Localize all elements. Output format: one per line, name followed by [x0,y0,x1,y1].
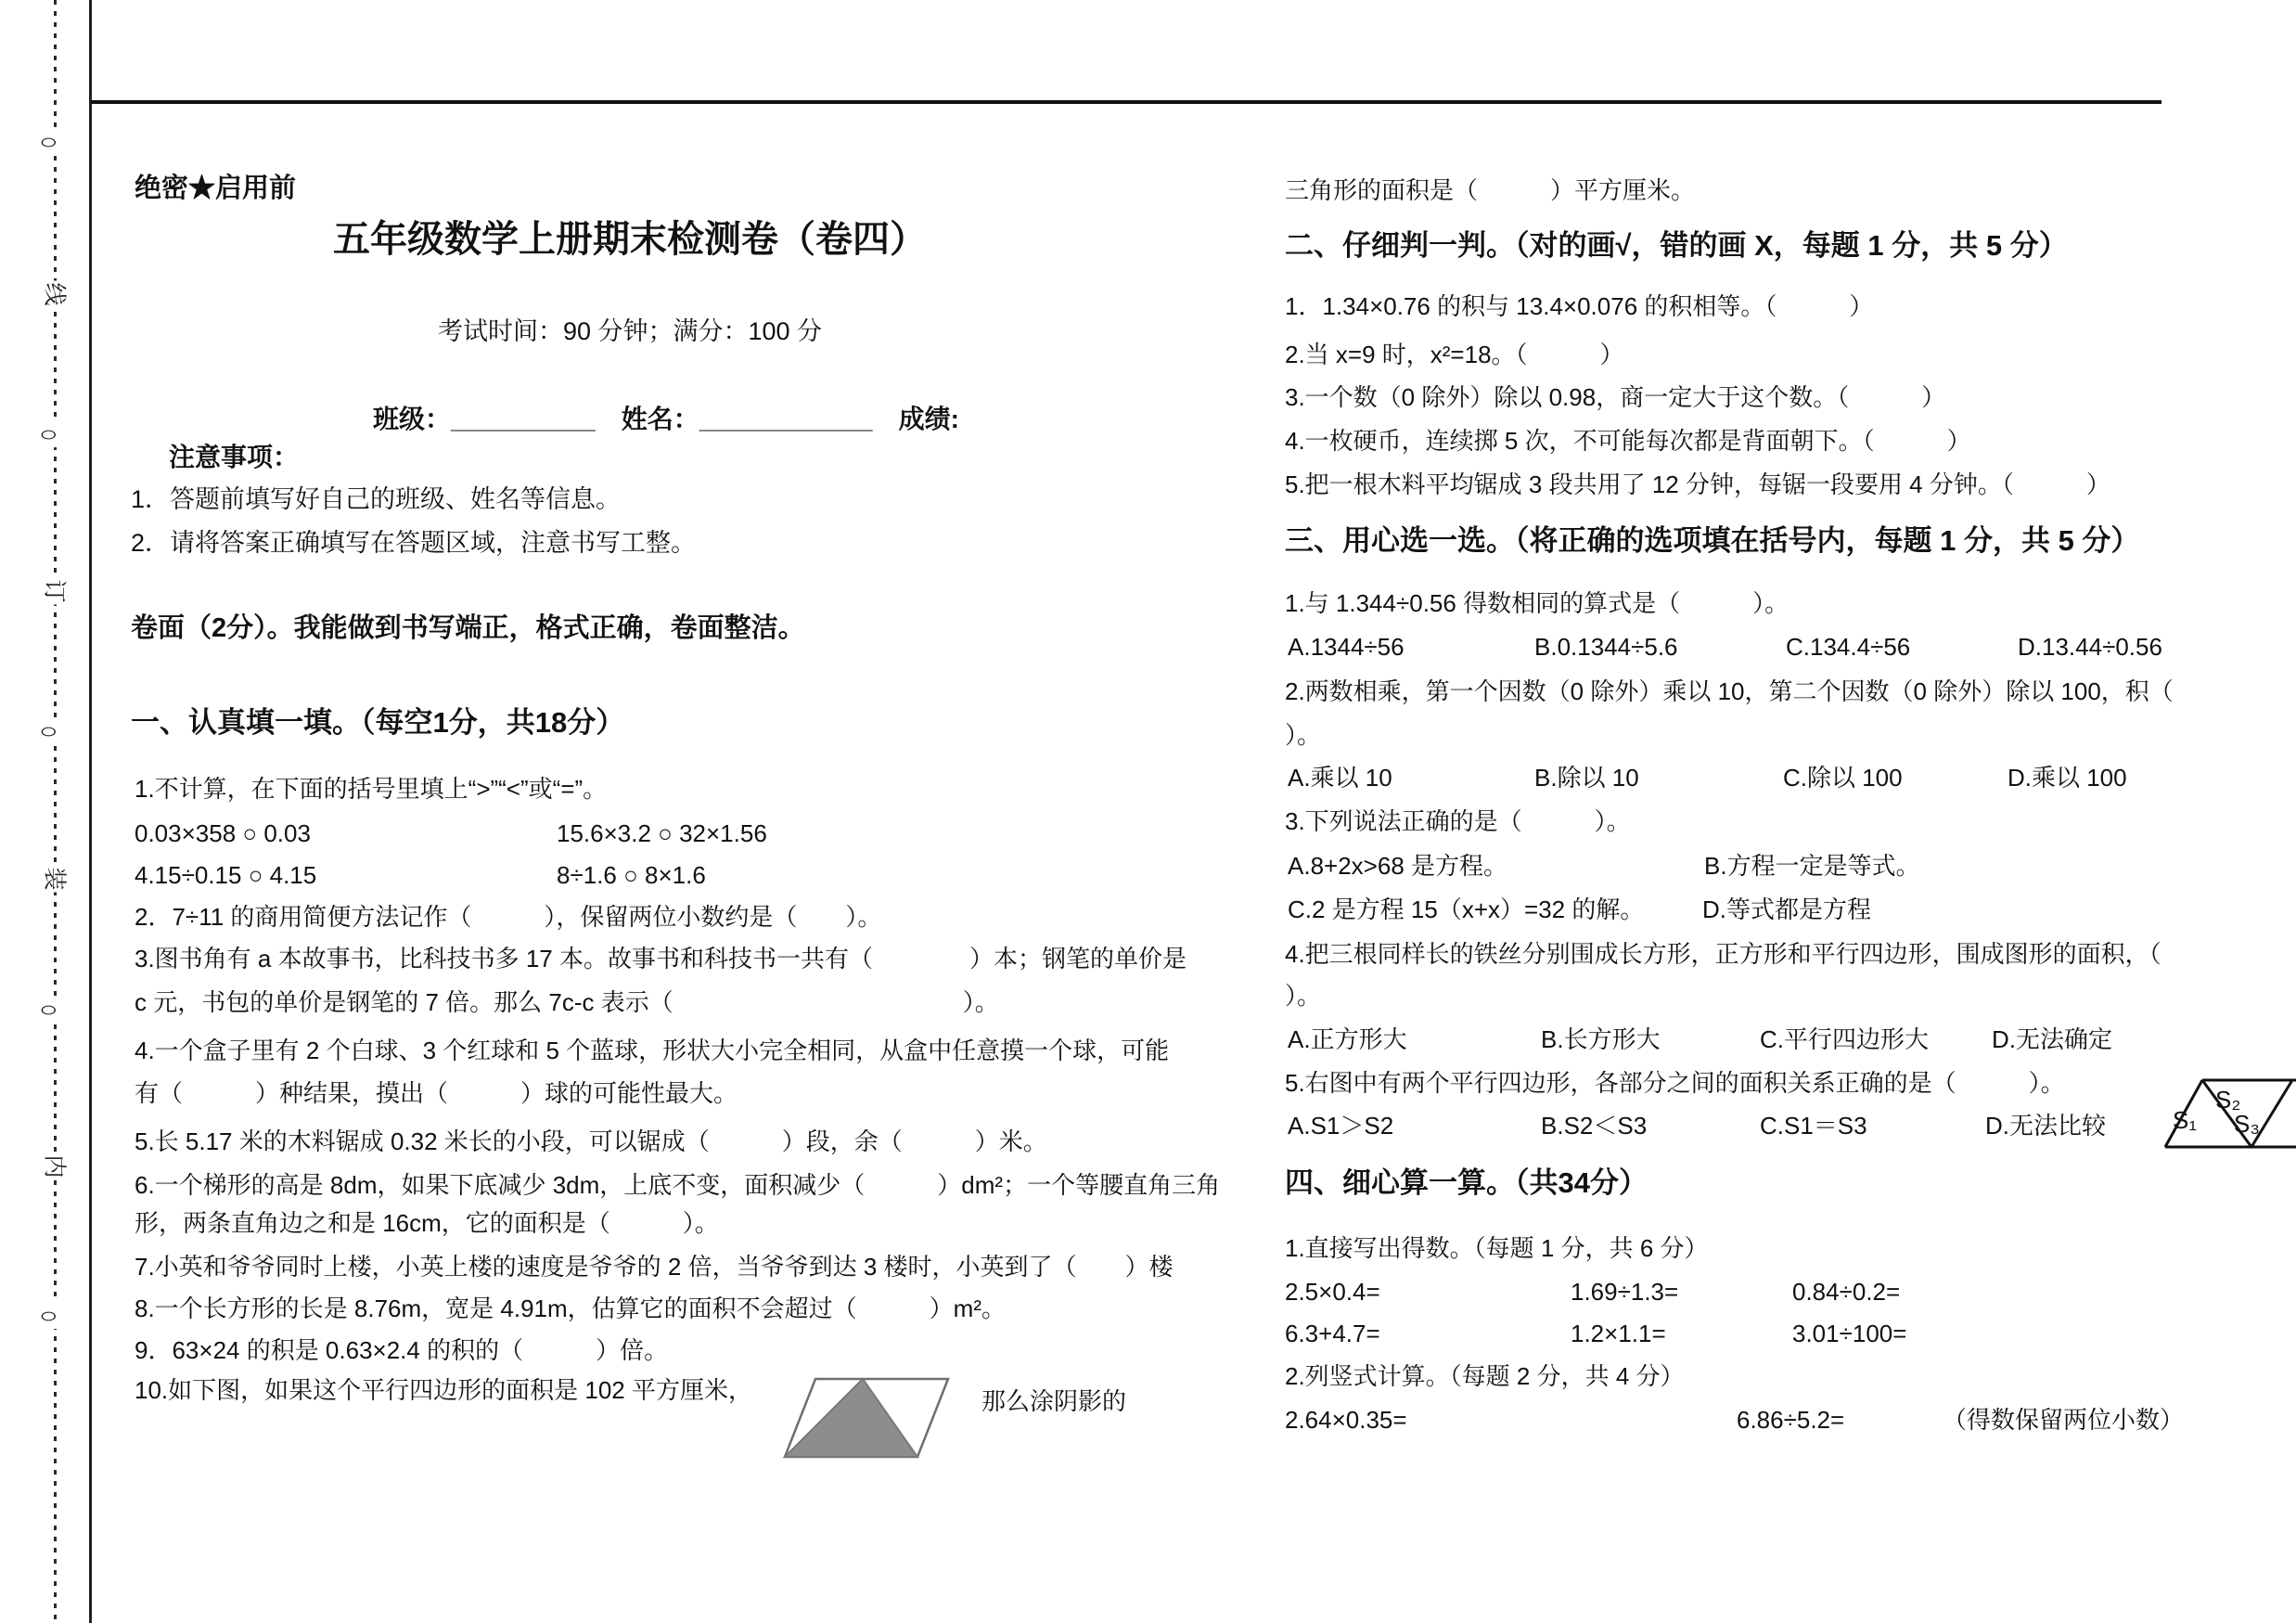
q1-compare-2a: 4.15÷0.15 ○ 4.15 [135,854,316,896]
s3-q2-text-line1: 2.两数相乘，第一个因数（0 除外）乘以 10，第二个因数（0 除外）除以 10… [1285,670,2174,713]
s3-q3-option-d: D.等式都是方程 [1702,888,1871,931]
binding-circle: ○ [39,1303,58,1329]
s3-q1-text: 1.与 1.344÷0.56 得数相同的算式是（ ）。 [1285,582,1789,625]
parallelograms-area-figure: S₁ S₂ S₃ [2161,1069,2296,1157]
q10-text-line2: 那么涂阴影的 [981,1380,1126,1423]
q6-text-line1: 6.一个梯形的高是 8dm，如果下底减少 3dm，上底不变，面积减少（ ）dm²… [135,1164,1220,1206]
s4-calc-5: 1.2×1.1= [1571,1312,1666,1355]
s3-q2-option-d: D.乘以 100 [2007,756,2127,799]
s4-vertical-calc-note: （得数保留两位小数） [1943,1398,2184,1441]
s4-calc-3: 0.84÷0.2= [1792,1270,1900,1313]
q4-text-line2: 有（ ）种结果，摸出（ ）球的可能性最大。 [135,1072,738,1114]
s3-q5-option-a: A.S1＞S2 [1288,1104,1393,1147]
note-item: 2．请将答案正确填写在答题区域，注意书写工整。 [131,522,696,564]
s4-vertical-calc-1: 2.64×0.35= [1285,1398,1407,1441]
s4-vertical-calc-2: 6.86÷5.2= [1737,1398,1844,1441]
s4-calc-4: 6.3+4.7= [1285,1312,1380,1355]
q4-text-line1: 4.一个盒子里有 2 个白球、3 个红球和 5 个蓝球，形状大小完全相同，从盒中… [135,1029,1169,1072]
q1-compare-1b: 15.6×3.2 ○ 32×1.56 [557,812,767,855]
student-info-line: 班级：__________ 姓名：____________ 成绩: [91,398,1241,441]
s3-q2-option-c: C.除以 100 [1783,756,1903,799]
binding-circle: ○ [39,129,58,155]
s3-q4-text-line1: 4.把三根同样长的铁丝分别围成长方形，正方形和平行四边形，围成图形的面积，（ [1285,933,2161,975]
page-title: 五年级数学上册期末检测卷（卷四） [91,213,1169,265]
s4-calc-2: 1.69÷1.3= [1571,1270,1678,1313]
top-rule [91,100,2161,104]
s4-q2-text: 2.列竖式计算。（每题 2 分，共 4 分） [1285,1355,1685,1398]
s3-q1-option-d: D.13.44÷0.56 [2018,625,2162,668]
s4-calc-6: 3.01÷100= [1792,1312,1906,1355]
s3-q4-option-b: B.长方形大 [1541,1018,1661,1061]
q1-compare-2b: 8÷1.6 ○ 8×1.6 [557,854,706,896]
secrecy-label: 绝密★启用前 [135,167,296,210]
q7-text: 7.小英和爷爷同时上楼，小英上楼的速度是爷爷的 2 倍，当爷爷到达 3 楼时，小… [135,1245,1174,1288]
s3-q1-option-b: B.0.1344÷5.6 [1534,625,1678,668]
binding-char-xian: 线 [35,280,78,307]
q2-text: 2．7÷11 的商用简便方法记作（ ），保留两位小数约是（ ）。 [135,895,881,938]
paper-score-note: 卷面（2分）。我能做到书写端正，格式正确，卷面整洁。 [131,607,805,650]
q1-compare-1a: 0.03×358 ○ 0.03 [135,812,311,855]
s1-label: S₁ [2173,1106,2197,1134]
q8-text: 8.一个长方形的长是 8.76m，宽是 4.91m，估算它的面积不会超过（ ）m… [135,1287,1006,1330]
q9-text: 9．63×24 的积是 0.63×2.4 的积的（ ）倍。 [135,1329,668,1372]
s3-q4-option-a: A.正方形大 [1288,1018,1407,1061]
exam-info: 考试时间：90 分钟；满分：100 分 [91,310,1169,353]
s3-label: S₃ [2234,1110,2260,1138]
q5-text: 5.长 5.17 米的木料锯成 0.32 米长的小段，可以锯成（ ）段，余（ ）… [135,1120,1047,1163]
binding-char-ding: 订 [35,577,78,604]
binding-circle: ○ [39,997,58,1023]
s3-q2-option-b: B.除以 10 [1534,756,1639,799]
section3-heading: 三、用心选一选。（将正确的选项填在括号内，每题 1 分，共 5 分） [1285,520,2139,562]
q10-text-line1: 10.如下图，如果这个平行四边形的面积是 102 平方厘米， [135,1369,752,1411]
notes-title: 注意事项： [169,436,299,479]
section2-heading: 二、仔细判一判。（对的画√，错的画 X，每题 1 分，共 5 分） [1285,225,2068,267]
parallelogram-triangle-figure [782,1372,968,1464]
binding-char-zhuang: 装 [35,865,78,892]
s4-calc-1: 2.5×0.4= [1285,1270,1380,1313]
binding-dotted-line [54,0,57,1623]
s3-q5-option-c: C.S1＝S3 [1760,1104,1867,1147]
s3-q2-option-a: A.乘以 10 [1288,756,1392,799]
section4-heading: 四、细心算一算。（共34分） [1285,1162,1648,1204]
q3-text-line1: 3.图书角有 a 本故事书，比科技书多 17 本。故事书和科技书一共有（ ）本；… [135,937,1186,980]
q3-text-line2: c 元，书包的单价是钢笔的 7 倍。那么 7c-c 表示（ ）。 [135,981,999,1024]
s2-item-4: 4.一枚硬币，连续掷 5 次，不可能每次都是背面朝下。（ ） [1285,419,1971,462]
note-item: 1．答题前填写好自己的班级、姓名等信息。 [131,478,621,521]
s3-q5-option-b: B.S2＜S3 [1541,1104,1647,1147]
q10-continuation-text: 三角形的面积是（ ）平方厘米。 [1285,169,1695,212]
s3-q3-option-b: B.方程一定是等式。 [1704,844,1920,887]
s3-q3-option-a: A.8+2x>68 是方程。 [1288,844,1507,887]
q6-text-line2: 形，两条直角边之和是 16cm，它的面积是（ ）。 [135,1202,719,1244]
s2-item-1: 1．1.34×0.76 的积与 13.4×0.076 的积相等。（ ） [1285,285,1873,328]
binding-circle: ○ [39,421,58,447]
s3-q4-text-line2: ）。 [1285,974,1321,1017]
s3-q3-option-c: C.2 是方程 15（x+x）=32 的解。 [1288,888,1644,931]
s2-item-5: 5.把一根木料平均锯成 3 段共用了 12 分钟，每锯一段要用 4 分钟。（ ） [1285,463,2110,506]
s2-item-3: 3.一个数（0 除外）除以 0.98，商一定大于这个数。（ ） [1285,376,1945,419]
s4-q1-text: 1.直接写出得数。（每题 1 分，共 6 分） [1285,1227,1709,1269]
q1-text: 1.不计算，在下面的括号里填上“>”“<”或“=”。 [135,767,607,810]
s3-q5-text: 5.右图中有两个平行四边形，各部分之间的面积关系正确的是（ ）。 [1285,1062,2065,1104]
exam-paper-page: ○ 线 ○ 订 ○ 装 ○ 内 ○ 绝密★启用前 五年级数学上册期末检测卷（卷四… [0,0,2296,1623]
s2-item-2: 2.当 x=9 时，x²=18。（ ） [1285,333,1624,376]
s3-q3-text: 3.下列说法正确的是（ ）。 [1285,800,1631,843]
s3-q1-option-c: C.134.4÷56 [1786,625,1910,668]
s3-q5-option-d: D.无法比较 [1985,1104,2106,1147]
shaded-triangle [785,1379,917,1457]
s3-q1-option-a: A.1344÷56 [1288,625,1405,668]
s3-q4-option-d: D.无法确定 [1992,1018,2112,1061]
binding-char-nei: 内 [35,1153,78,1179]
s3-q4-option-c: C.平行四边形大 [1760,1018,1929,1061]
s3-q2-text-line2: ）。 [1285,714,1321,756]
section1-heading: 一、认真填一填。（每空1分，共18分） [131,702,624,744]
binding-circle: ○ [39,718,58,744]
